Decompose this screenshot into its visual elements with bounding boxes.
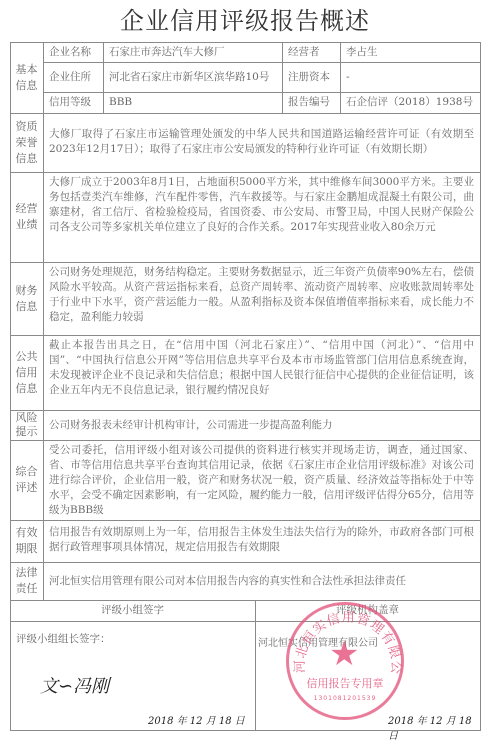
label-address: 企业住所 — [43, 62, 103, 92]
value-company-name: 石家庄市奔达汽车大修厂 — [103, 42, 282, 62]
seal-number: 1301081201539 — [289, 695, 401, 702]
label-team-leader-signature: 评级小组组长签字： — [16, 632, 216, 647]
value-registered-capital: - — [340, 62, 480, 92]
label-report-number: 报告编号 — [282, 92, 340, 113]
date-team-signature: 2018 年 12 月 18 日 — [148, 714, 258, 729]
category-validity-period: 有效 期限 — [10, 520, 43, 562]
value-report-number: 石企信评（2018）1938号 — [340, 92, 480, 113]
star-icon: ★ — [329, 637, 359, 671]
value-credit-rating: BBB — [103, 92, 282, 113]
label-operator: 经营者 — [282, 42, 340, 62]
category-risk-warning: 风险 提示 — [10, 410, 43, 440]
text-financial-info: 公司财务处理规范，财务结构稳定。主要财务数据显示，近三年资产负债率90%左右，偿… — [43, 262, 480, 335]
official-seal-stamp: 河北恒实信用管理有限公司 ★ 信用报告专用章 1301081201539 — [286, 602, 404, 720]
text-business-performance: 大修厂成立于2003年8月1日，占地面积5000平方米，其中维修车间3000平方… — [43, 172, 480, 262]
text-public-credit: 截止本报告出具之日，在“信用中国（河北石家庄）”、“信用中国（河北）”、“信用中… — [43, 335, 480, 410]
header-rating-team-signature: 评级小组签字 — [10, 600, 255, 621]
label-registered-capital: 注册资本 — [282, 62, 340, 92]
text-overall-review: 受公司委托，信用评级小组对该公司提供的资料进行核实并现场走访，调查，通过国家、省… — [43, 440, 480, 520]
divider — [10, 621, 481, 622]
category-overall-review: 综合 评述 — [10, 440, 43, 520]
category-qualifications: 资质 荣誉 信息 — [10, 113, 43, 172]
seal-inner-text: 信用报告专用章 — [289, 675, 401, 691]
value-address: 河北省石家庄市新华区滨华路10号 — [103, 62, 273, 92]
text-legal-liability: 河北恒实信用管理有限公司对本信用报告内容的真实性和合法性承担法律责任 — [43, 562, 480, 600]
text-qualifications: 大修厂取得了石家庄市运输管理处颁发的中华人民共和国道路运输经营许可证（有效期至2… — [43, 113, 480, 172]
page-title: 企业信用评级报告概述 — [0, 6, 490, 36]
label-company-name: 企业名称 — [43, 42, 103, 62]
category-public-credit: 公共 信用 信息 — [10, 335, 43, 410]
label-credit-rating: 信用等级 — [43, 92, 103, 113]
category-basic-info: 基本 信息 — [10, 42, 43, 113]
text-risk-warning: 公司财务报表未经审计机构审计，公司需进一步提高盈利能力 — [43, 410, 480, 440]
handwritten-signature: 文∽冯刚 — [40, 676, 160, 698]
text-validity-period: 信用报告有效期原则上为一年，信用报告主体发生违法失信行为的除外，市政府各部门可根… — [43, 520, 480, 562]
category-legal-liability: 法律 责任 — [10, 562, 43, 600]
category-business-performance: 经营 业绩 — [10, 172, 43, 262]
value-operator: 李占生 — [340, 42, 480, 62]
category-financial-info: 财务 信息 — [10, 262, 43, 335]
